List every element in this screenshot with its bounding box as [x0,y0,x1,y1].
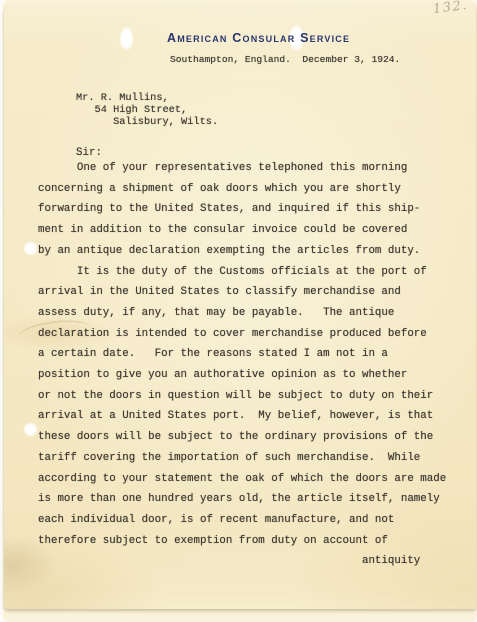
text-line: arrival at a United States port. My beli… [38,406,446,427]
punch-hole-icon [23,241,38,256]
text-line: assess duty, if any, that may be payable… [38,303,446,324]
text-line: is more than one hundred years old, the … [38,489,446,510]
text-line: declaration is intended to cover merchan… [38,324,446,345]
text-line: or not the doors in question will be sub… [38,386,446,407]
text-line: It is the duty of the Customs officials … [38,262,446,283]
punch-hole-icon [23,422,38,437]
text-line: by an antique declaration exempting the … [38,241,446,262]
text-line: antiquity [38,551,446,572]
text-line: position to give you an authorative opin… [38,365,446,386]
scanned-letter-page: { "annotations": { "page_number": "132."… [0,0,477,622]
text-line: a certain date. For the reasons stated I… [38,344,446,365]
text-line: therefore subject to exemption from duty… [38,531,446,552]
text-line: One of your representatives telephoned t… [38,158,446,179]
dateline: Southampton, England. December 3, 1924. [170,54,400,65]
letterhead-organization: American Consular Service [167,31,350,45]
text-line: Salisbury, Wilts. [76,116,218,128]
text-line: each individual door, is of recent manuf… [38,510,446,531]
text-line: arrival in the United States to classify… [38,282,446,303]
text-line: these doors will be subject to the ordin… [38,427,446,448]
letter-body: One of your representatives telephoned t… [38,158,446,572]
text-line: concerning a shipment of oak doors which… [38,179,446,200]
punch-hole-icon [119,26,134,51]
recipient-address-block: Mr. R. Mullins, 54 High Street, Salisbur… [76,92,218,128]
text-line: Mr. R. Mullins, [76,92,218,104]
text-line: ment in addition to the consular invoice… [38,220,446,241]
text-line: 54 High Street, [76,104,218,116]
text-line: according to your statement the oak of w… [38,469,446,490]
text-line: forwarding to the United States, and inq… [38,199,446,220]
text-line: tariff covering the importation of such … [38,448,446,469]
